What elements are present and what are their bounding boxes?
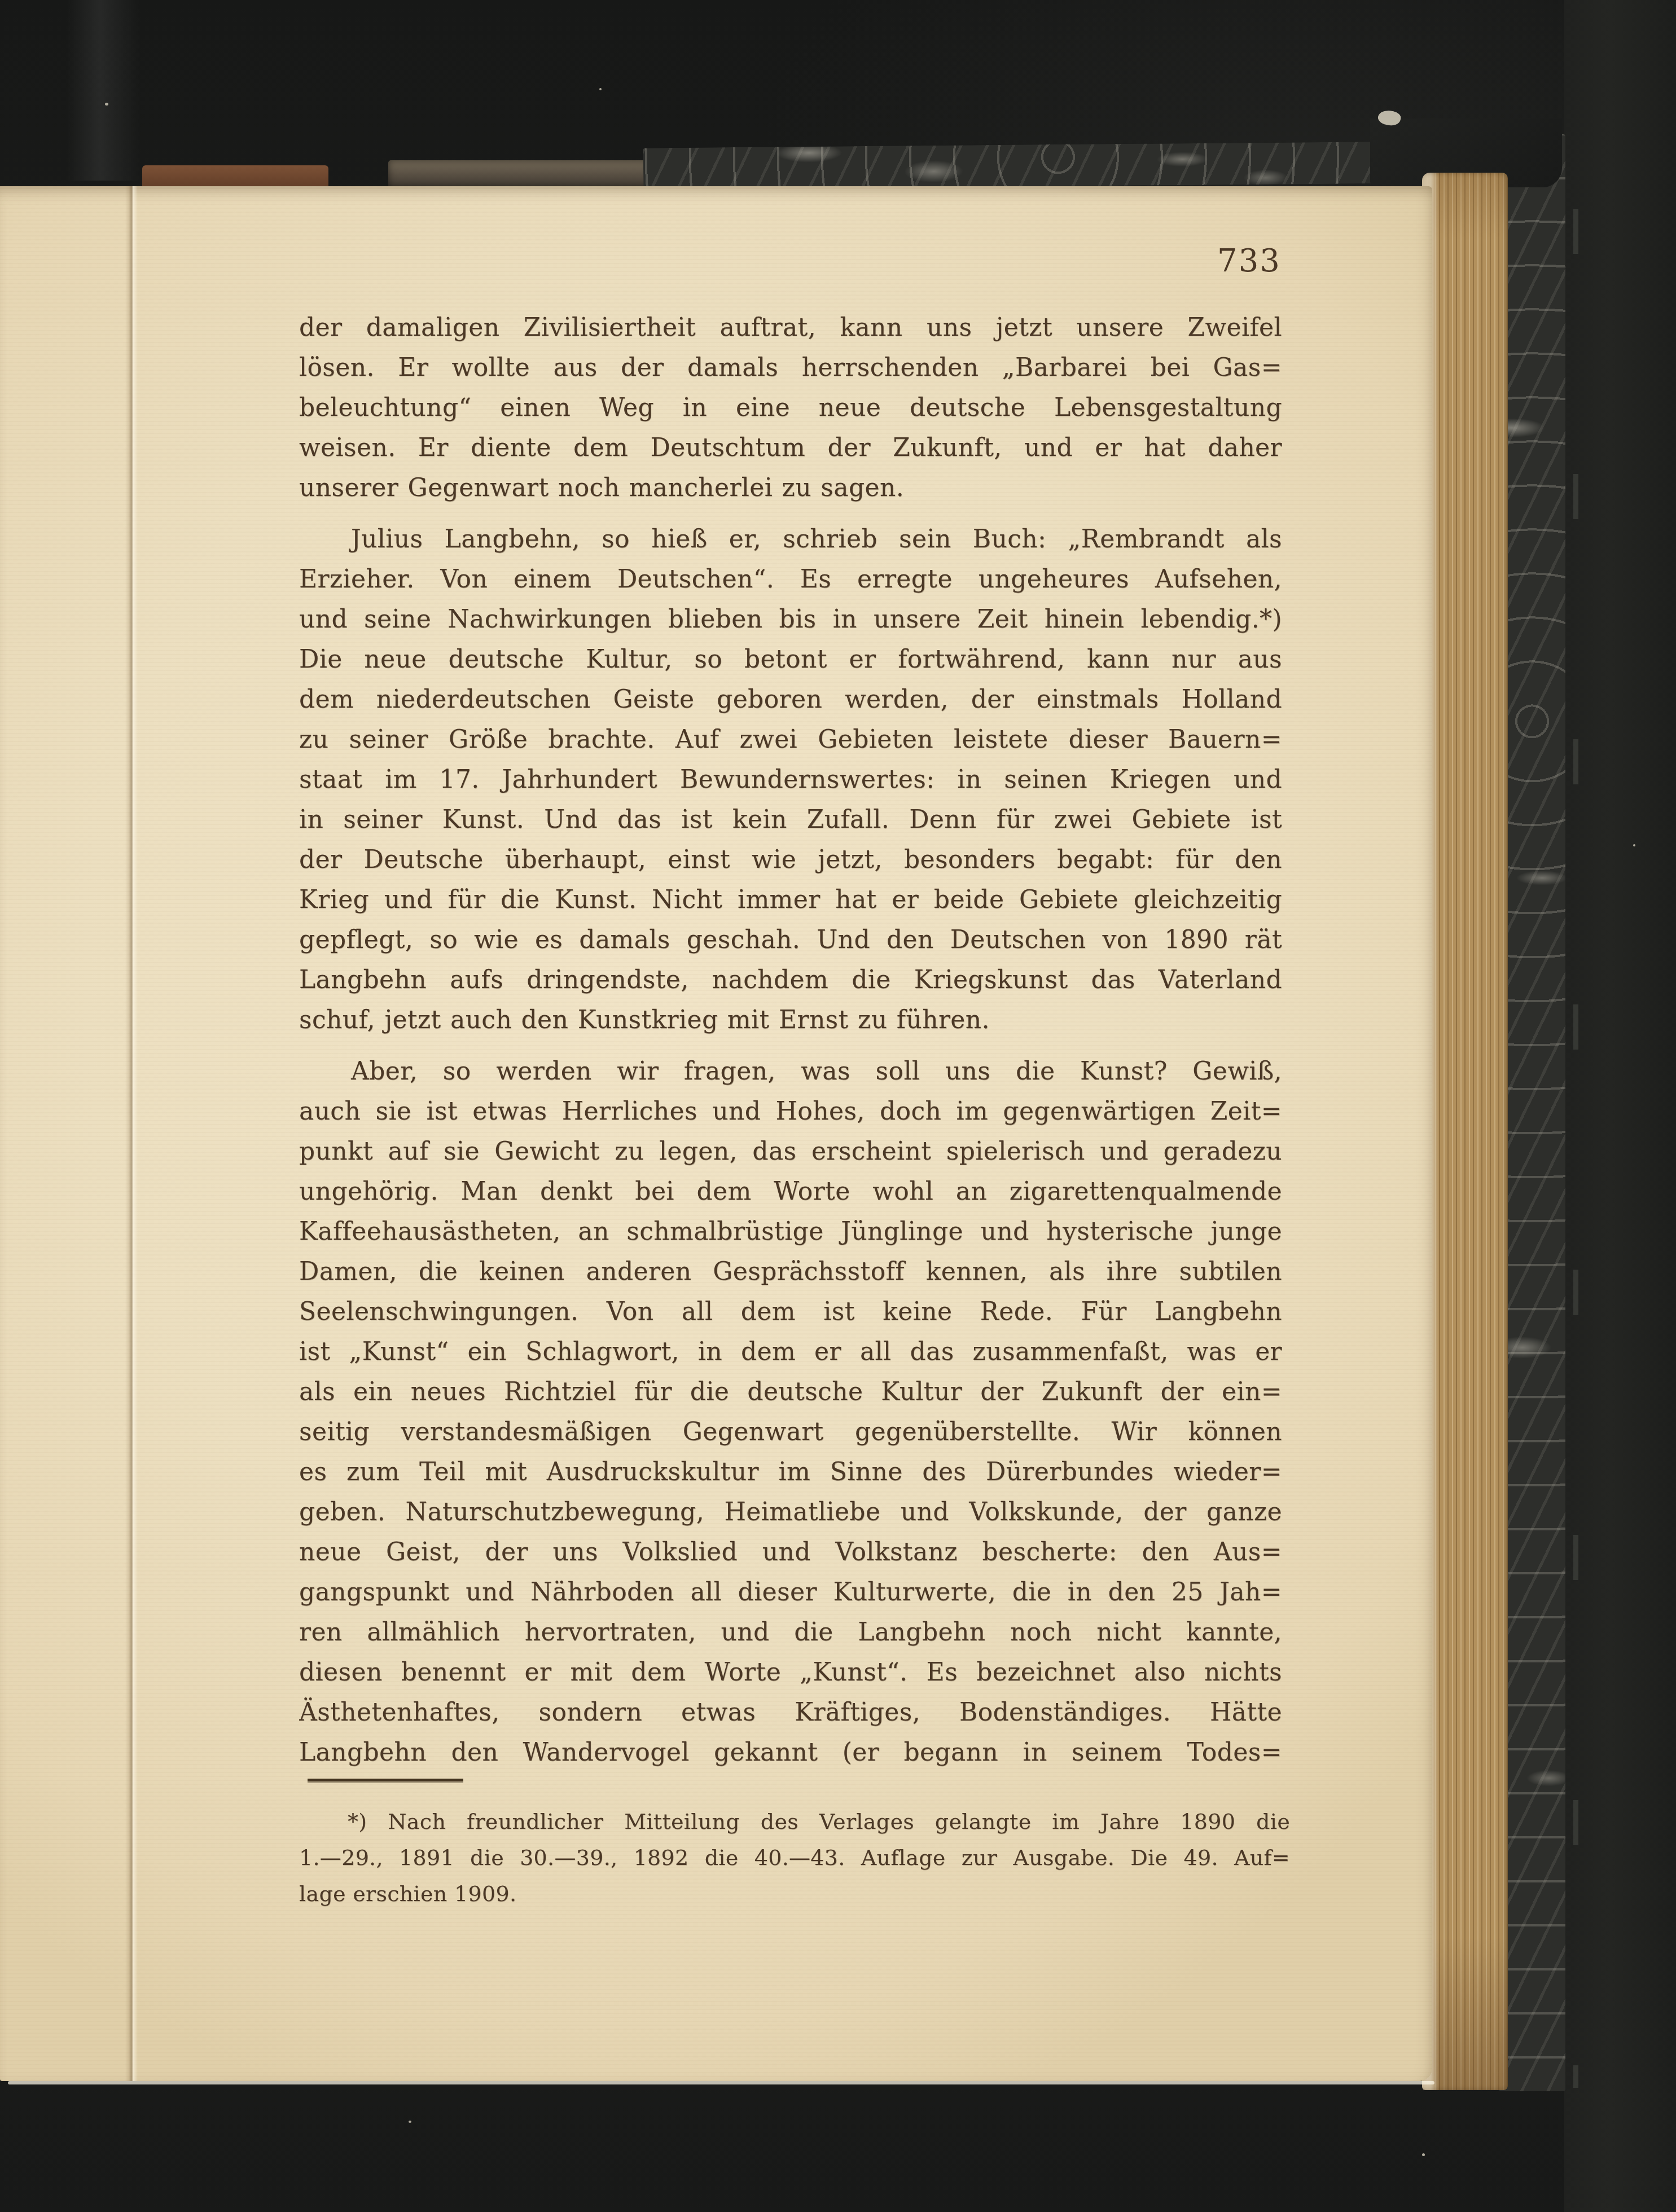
page-block-fore-edge [1422, 173, 1508, 2090]
text-line: gangspunkt und Nährboden all dieser Kult… [299, 1572, 1282, 1612]
text-line: beleuchtung“ einen Weg in eine neue deut… [299, 388, 1282, 428]
text-line: Krieg und für die Kunst. Nicht immer hat… [299, 880, 1282, 920]
dust-speck [1633, 844, 1635, 846]
text-line: als ein neues Richtziel für die deutsche… [299, 1372, 1282, 1412]
dust-speck [409, 2121, 411, 2123]
binding-frayed-strip [388, 160, 662, 190]
text-line: neue Geist, der uns Volkslied und Volkst… [299, 1532, 1282, 1572]
book-page: 733 der damaligen Zivilisiertheit auftra… [0, 186, 1432, 2081]
text-line: geben. Naturschutzbewegung, Heimatliebe … [299, 1492, 1282, 1532]
page-number: 733 [1162, 244, 1281, 278]
footnote-line: *) Nach freundlicher Mitteilung des Verl… [299, 1803, 1290, 1840]
marbled-endpaper-right [1499, 134, 1565, 2091]
text-line: staat im 17. Jahrhundert Bewundernswerte… [299, 760, 1282, 800]
text-line: Kaffeehausästheten, an schmalbrüstige Jü… [299, 1212, 1282, 1252]
text-line: ungehörig. Man denkt bei dem Worte wohl … [299, 1171, 1282, 1212]
text-line: lösen. Er wollte aus der damals herrsche… [299, 348, 1282, 388]
marbled-endpaper-top [643, 141, 1473, 190]
text-line: es zum Teil mit Ausdruckskultur im Sinne… [299, 1452, 1282, 1492]
dust-speck [105, 103, 108, 106]
dust-speck [1422, 2153, 1425, 2156]
text-line: weisen. Er diente dem Deutschtum der Zuk… [299, 428, 1282, 468]
text-line: dem niederdeutschen Geiste geboren werde… [299, 679, 1282, 719]
text-line: Seelenschwingungen. Von all dem ist kein… [299, 1292, 1282, 1332]
body-text: der damaligen Zivilisiertheit auftrat, k… [299, 308, 1282, 1772]
gutter-crease [125, 186, 138, 2081]
text-line: unserer Gegenwart noch mancherlei zu sag… [299, 468, 1282, 508]
footnote: *) Nach freundlicher Mitteilung des Verl… [299, 1803, 1290, 1912]
text-line: Erzieher. Von einem Deutschen“. Es erreg… [299, 559, 1282, 599]
text-line: und seine Nachwirkungen blieben bis in u… [299, 599, 1282, 639]
book-cover-right [1564, 0, 1676, 2212]
text-line: Aber, so werden wir fragen, was soll uns… [299, 1051, 1282, 1091]
text-line: gepflegt, so wie es damals geschah. Und … [299, 920, 1282, 960]
text-line: zu seiner Größe brachte. Auf zwei Gebiet… [299, 719, 1282, 760]
text-line: punkt auf sie Gewicht zu legen, das ersc… [299, 1131, 1282, 1171]
text-line: Langbehn aufs dringendste, nachdem die K… [299, 960, 1282, 1000]
footnote-rule [308, 1779, 463, 1781]
text-line: Langbehn den Wandervogel gekannt (er beg… [299, 1732, 1282, 1772]
text-line: in seiner Kunst. Und das ist kein Zufall… [299, 800, 1282, 840]
footnote-line: 1.—29., 1891 die 30.—39., 1892 die 40.—4… [299, 1840, 1290, 1876]
text-line: Julius Langbehn, so hieß er, schrieb sei… [299, 519, 1282, 559]
text-line: Die neue deutsche Kultur, so betont er f… [299, 639, 1282, 679]
text-line: ist „Kunst“ ein Schlagwort, in dem er al… [299, 1332, 1282, 1372]
text-line: der Deutsche überhaupt, einst wie jetzt,… [299, 840, 1282, 880]
text-line: ren allmählich hervortraten, und die Lan… [299, 1612, 1282, 1652]
text-line: Damen, die keinen anderen Gesprächsstoff… [299, 1252, 1282, 1292]
book-spine-sheen [67, 0, 140, 181]
text-line: diesen benennt er mit dem Worte „Kunst“.… [299, 1652, 1282, 1692]
book-photo: 733 der damaligen Zivilisiertheit auftra… [0, 0, 1676, 2212]
dust-speck [599, 88, 602, 90]
text-line: auch sie ist etwas Herrliches und Hohes,… [299, 1091, 1282, 1131]
text-line: Ästhetenhaftes, sondern etwas Kräftiges,… [299, 1692, 1282, 1732]
cover-stitching [1573, 23, 1578, 2088]
text-line: schuf, jetzt auch den Kunstkrieg mit Ern… [299, 1000, 1282, 1040]
text-line: der damaligen Zivilisiertheit auftrat, k… [299, 308, 1282, 348]
text-line: seitig verstandesmäßigen Gegenwart gegen… [299, 1412, 1282, 1452]
